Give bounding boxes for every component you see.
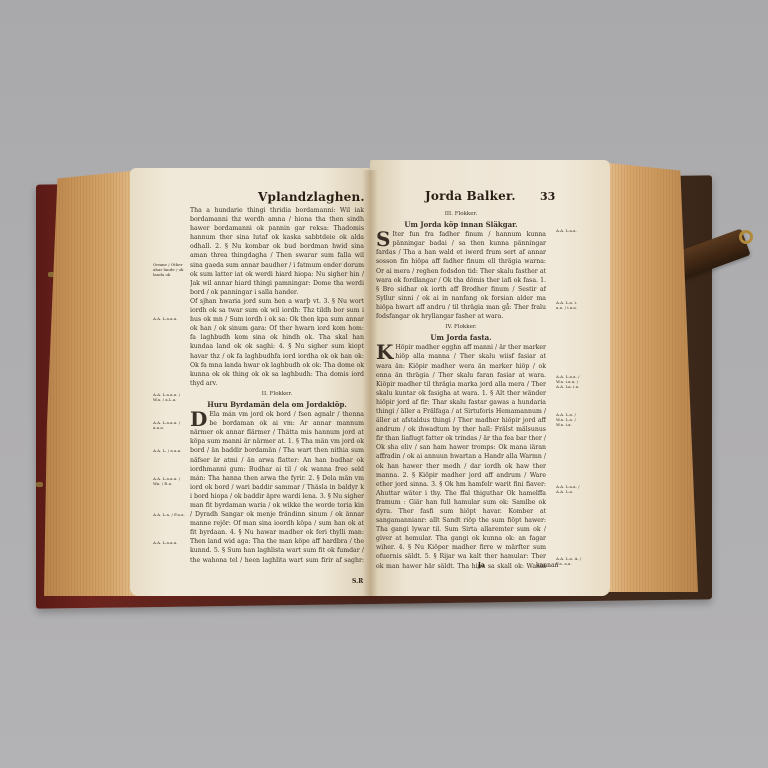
left-page-text: Tha a hundarie thingi thridia bordamanni… — [190, 206, 364, 566]
margin-note: A.A. L.a.a.a. — [153, 540, 187, 545]
page-number: 33 — [540, 190, 555, 203]
book-shadow — [40, 596, 712, 610]
section-text: Ela mán vm jord ok bord / fsen agnalr / … — [190, 410, 364, 566]
right-running-head: Jorda Balker. — [425, 189, 516, 203]
margin-note: A.A. L.a. / W.a. L.a. / W.a. i.a. — [556, 412, 584, 427]
catchword: S.R — [352, 578, 363, 585]
section-number: II. Flokker. — [190, 390, 364, 399]
margin-note: A.A. L.a. A. / F.a. a.a. — [556, 556, 584, 566]
margin-note: A.A. L.a.a. / W.a. i.a.a. / A.A. La. i.a… — [556, 374, 584, 389]
brass-clasp-ring-icon — [739, 230, 753, 244]
section-title: Huru Byrdamän dela om Jordakiöp. — [190, 400, 364, 409]
catchword: Ja — [478, 562, 485, 569]
margin-note: A.A. L.a. / F.a.a. — [153, 512, 187, 517]
section-title: Um Jorda fasta. — [376, 333, 546, 342]
margin-note: A.A. L.a.a.a. / W.a. / a.L.a. — [153, 392, 187, 402]
margin-note: A.A. L.a.a. / A.A. L.a. — [556, 484, 584, 494]
margin-note: A.A. L. / a.a.a. — [153, 448, 187, 453]
brass-pin-icon — [36, 482, 43, 487]
photo-scene: Vplandzlaghen. Jorda Balker. 33 Tha a hu… — [0, 0, 768, 768]
margin-note: Ormne / Other abar lande / ok landa ok — [153, 262, 187, 277]
paragraph: Of sjhan hwaria jord sum hen a warþ vt. … — [190, 297, 364, 388]
margin-note: A.A. L.a.a.a. / a.a.a. — [153, 420, 187, 430]
paragraph: Tha a hundarie thingi thridia bordamanni… — [190, 206, 364, 297]
margin-note: A.A. L.a.a. — [556, 228, 584, 233]
margin-note: A.A. L.a.a.a. / Wa. / R.a. — [153, 476, 187, 486]
dropcap: S — [376, 230, 390, 248]
right-page-text: III. Flokker. Um Jorda köp innan Släkgar… — [376, 208, 546, 570]
left-page-edges — [44, 170, 140, 596]
left-running-head: Vplandzlaghen. — [258, 190, 365, 204]
dropcap: D — [190, 410, 207, 428]
margin-note: A.A. L.a.a.a. — [153, 316, 187, 321]
section-number: IV. Flokker. — [376, 323, 546, 332]
section-text: Höpir madher egghn aff manni / är ther m… — [376, 343, 546, 570]
section-title: Um Jorda köp innan Släkgar. — [376, 220, 546, 229]
section-number: III. Flokker. — [376, 210, 546, 219]
margin-note: A.A. L.a. i. a.a. / i.a.a. — [556, 300, 584, 310]
section-text: Iter fun fra fadher finum / hannum kunna… — [376, 230, 546, 321]
dropcap: K — [376, 343, 393, 361]
